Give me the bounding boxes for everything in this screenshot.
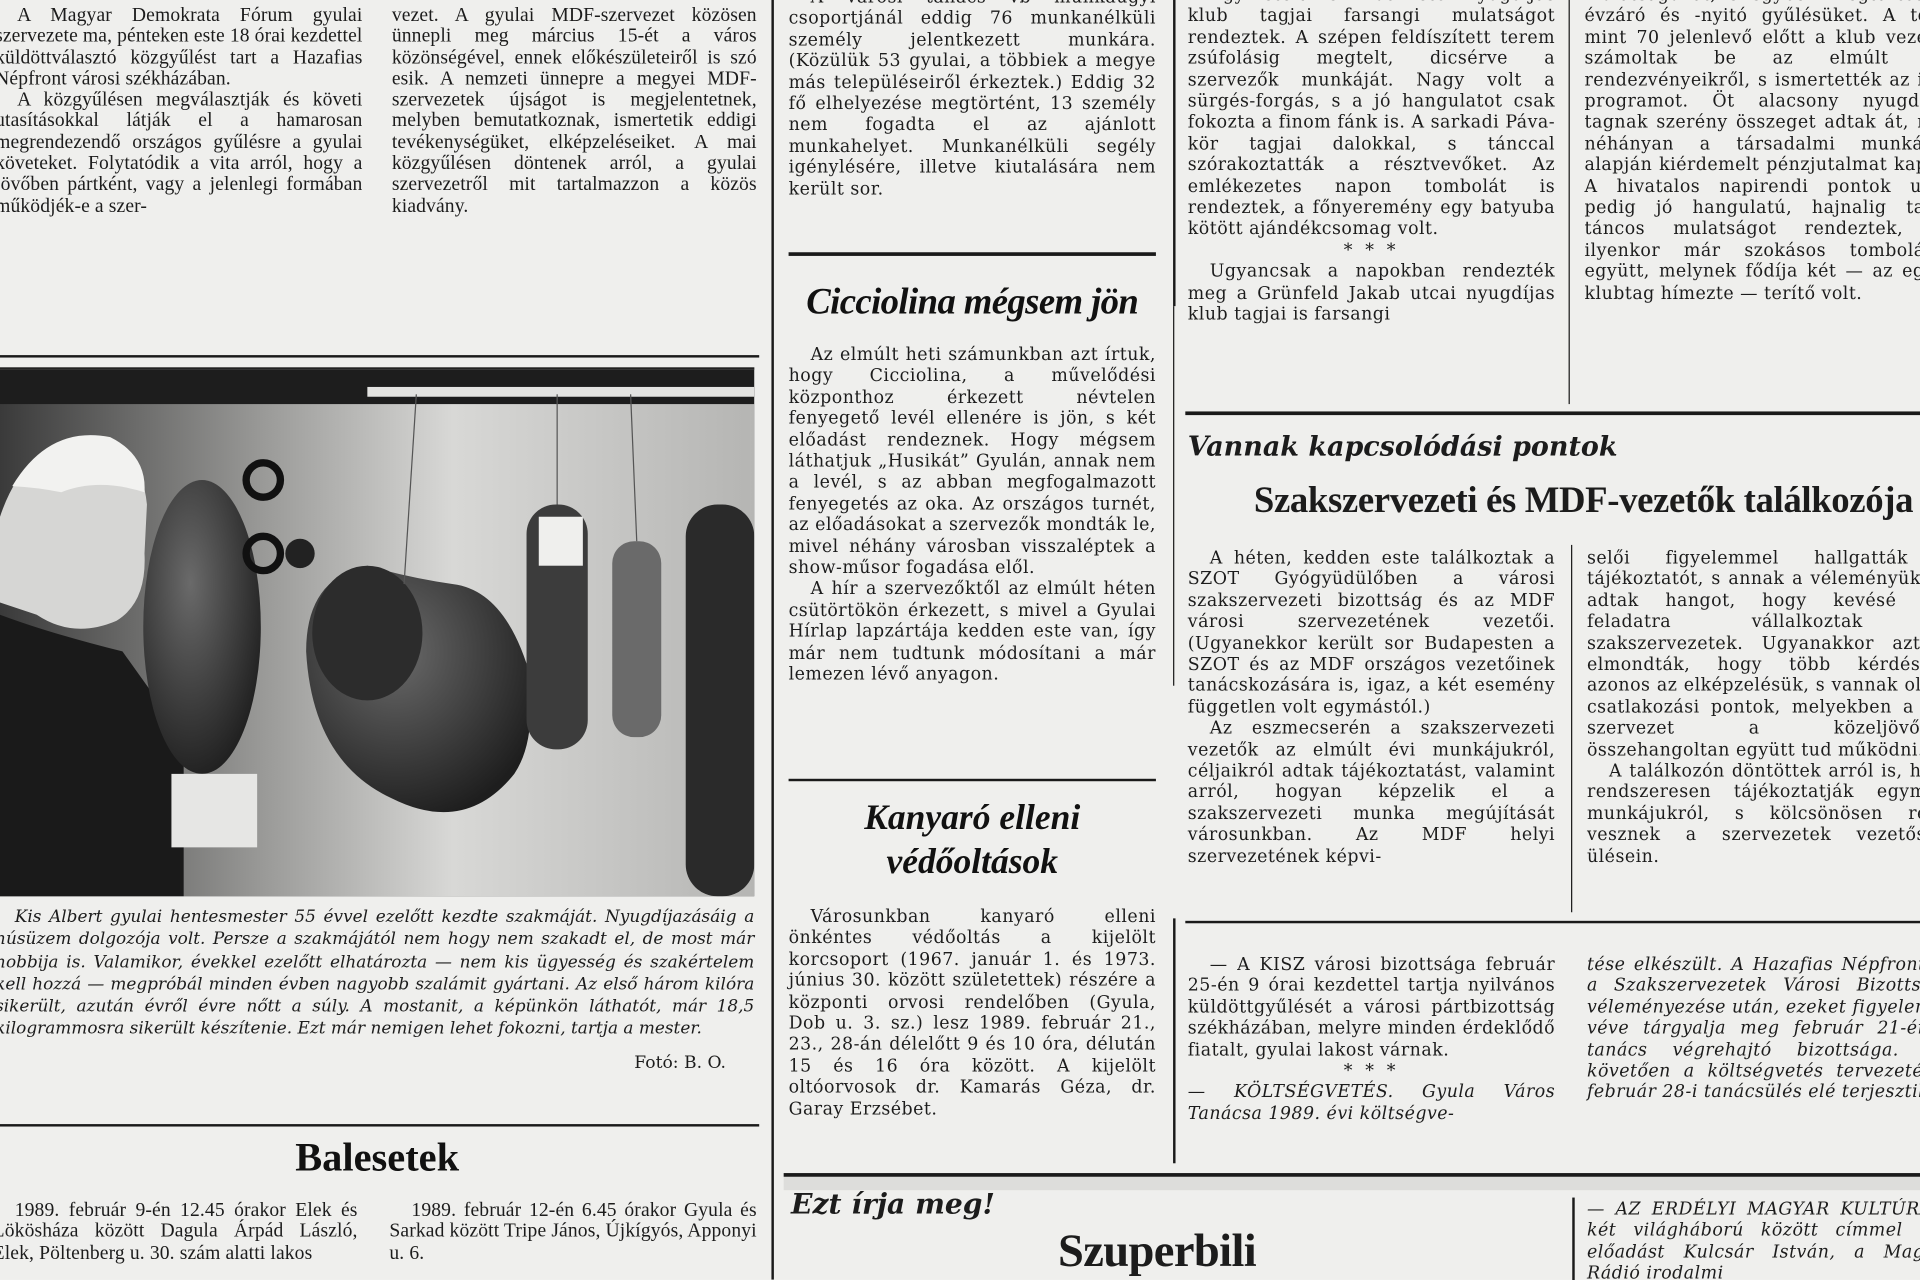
nyugdijas-p1: Egy hete a Lenin úti Petőfi nyugdíjas kl… xyxy=(1188,0,1555,241)
nyugdijas-p3: mulatságukat, s egyben megtartották évzá… xyxy=(1585,0,1920,305)
szakszervezet-col1: A héten, kedden este találkoztak a SZOT … xyxy=(1188,549,1555,869)
kanyaro-title-line2: védőoltások xyxy=(789,840,1156,884)
newspaper-page: A Magyar Demokrata Fórum gyulai szerveze… xyxy=(0,0,1920,1280)
szuperbili-title: Szuperbili xyxy=(1058,1225,1256,1279)
koltsegvetes-text-b: tése elkészült. A Hazafias Népfront és a… xyxy=(1587,955,1920,1104)
nyugdijas-col2: mulatságukat, s egyben megtartották évzá… xyxy=(1585,0,1920,305)
szakszervezet-p4: A találkozón döntöttek arról is, hogy re… xyxy=(1587,762,1920,869)
mdf-article-col1: A Magyar Demokrata Fórum gyulai szerveze… xyxy=(0,5,362,217)
koltsegvetes-text-a: — KÖLTSÉGVETÉS. Gyula Város Tanácsa 1989… xyxy=(1188,1083,1555,1126)
mdf-p1: A Magyar Demokrata Fórum gyulai szerveze… xyxy=(0,5,362,90)
divider-above-kanyaro xyxy=(789,779,1156,781)
munkaugyi-article: A városi tanács vb munkaügyi csoportjáná… xyxy=(789,0,1156,201)
szakszervezet-p2: Az eszmecserén a szakszervezeti vezetők … xyxy=(1188,719,1555,868)
balesetek-text-1: 1989. február 9-én 12.45 órakor Elek és … xyxy=(0,1200,358,1264)
munkaugyi-text: A városi tanács vb munkaügyi csoportjáná… xyxy=(789,0,1156,201)
separator-stars-2: * * * xyxy=(1188,1062,1555,1083)
balesetek-col2: 1989. február 12-én 6.45 órakor Gyula és… xyxy=(389,1200,756,1264)
column-rule-middle xyxy=(1173,0,1175,306)
photo-image xyxy=(0,370,754,897)
szakszervezet-p1: A héten, kedden este találkoztak a SZOT … xyxy=(1188,549,1555,720)
divider-above-szakszervezet xyxy=(1185,411,1920,415)
nyugdijas-p2: Ugyancsak a napokban rendezték meg a Grü… xyxy=(1188,262,1555,326)
column-rule-bottom xyxy=(1572,1198,1574,1280)
kanyaro-title: Kanyaró elleni védőoltások xyxy=(789,796,1156,884)
mdf-p2: A közgyűlésen megválasztják és követi ut… xyxy=(0,90,362,217)
photo-credit: Fotó: B. O. xyxy=(634,1053,726,1073)
photo-caption: Kis Albert gyulai hentesmester 55 évvel … xyxy=(0,906,754,1040)
divider-above-cicciolina xyxy=(789,252,1156,256)
ezt-irja-meg-title: Ezt írja meg! xyxy=(791,1188,995,1221)
balesetek-col1: 1989. február 9-én 12.45 órakor Elek és … xyxy=(0,1200,358,1264)
divider-bottom xyxy=(784,1173,1920,1177)
kanyaro-article: Városunkban kanyaró elleni önkéntes védő… xyxy=(789,907,1156,1120)
szakszervezet-p3: selői figyelemmel hallgatták a tájékozta… xyxy=(1587,549,1920,762)
column-rule-nyugdijas xyxy=(1569,0,1570,404)
szakszervezet-col2: selői figyelemmel hallgatták a tájékozta… xyxy=(1587,549,1920,869)
cicciolina-title: Cicciolina mégsem jön xyxy=(789,282,1156,324)
separator-stars: * * * xyxy=(1188,241,1555,262)
erdelyi-article: — AZ ERDÉLYI MAGYAR KULTÚRA a két világh… xyxy=(1587,1200,1920,1280)
cicciolina-p2: A hír a szervezőktől az elmúlt héten csü… xyxy=(789,580,1156,687)
column-rule-middle-lower xyxy=(1173,306,1174,686)
szakszervezet-kicker: Vannak kapcsolódási pontok xyxy=(1188,431,1618,463)
balesetek-text-2: 1989. február 12-én 6.45 órakor Gyula és… xyxy=(389,1200,756,1264)
kisz-col1: — A KISZ városi bizottsága február 25-én… xyxy=(1188,955,1555,1126)
caption-text: Kis Albert gyulai hentesmester 55 évvel … xyxy=(0,906,754,1040)
kisz-text: — A KISZ városi bizottsága február 25-én… xyxy=(1188,955,1555,1062)
divider-above-balesetek xyxy=(0,1124,759,1126)
cicciolina-p1: Az elmúlt heti számunkban azt írtuk, hog… xyxy=(789,345,1156,579)
butcher-photo xyxy=(0,367,754,896)
kanyaro-text: Városunkban kanyaró elleni önkéntes védő… xyxy=(789,907,1156,1120)
mdf-article-col2: vezet. A gyulai MDF-szervezet közösen ün… xyxy=(392,5,757,217)
divider-above-photo xyxy=(0,355,759,357)
kisz-col2: tése elkészült. A Hazafias Népfront és a… xyxy=(1587,955,1920,1104)
nyugdijas-col1: Egy hete a Lenin úti Petőfi nyugdíjas kl… xyxy=(1188,0,1555,326)
kanyaro-title-line1: Kanyaró elleni xyxy=(789,796,1156,840)
column-rule-szakszervezet xyxy=(1571,545,1572,912)
column-rule-middle-bottom xyxy=(1173,918,1175,1163)
column-rule-left xyxy=(771,0,773,1280)
szakszervezet-title: Szakszervezeti és MDF-vezetők találkozój… xyxy=(1254,480,1913,522)
balesetek-title: Balesetek xyxy=(0,1136,754,1181)
cicciolina-article: Az elmúlt heti számunkban azt írtuk, hog… xyxy=(789,345,1156,686)
divider-above-kisz xyxy=(1185,921,1920,923)
mdf-p3: vezet. A gyulai MDF-szervezet közösen ün… xyxy=(392,5,757,217)
erdelyi-text: — AZ ERDÉLYI MAGYAR KULTÚRA a két világh… xyxy=(1587,1200,1920,1280)
